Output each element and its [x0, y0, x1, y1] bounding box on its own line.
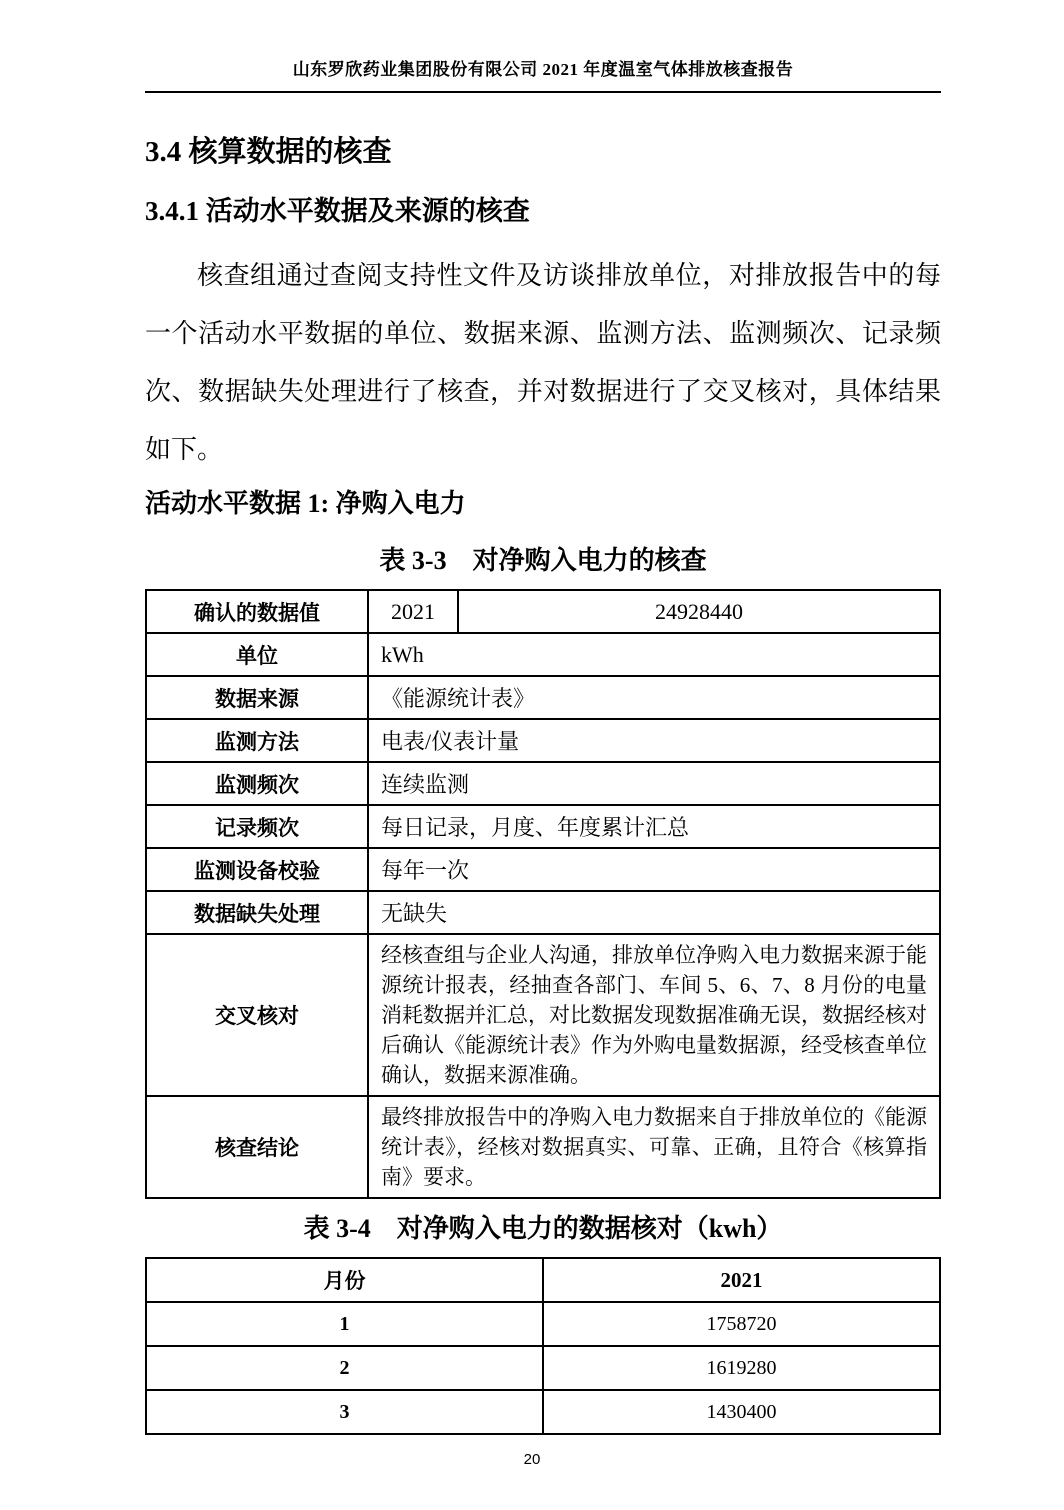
column-header-year: 2021 [543, 1258, 940, 1302]
row-value: 无缺失 [368, 891, 940, 934]
month-cell: 1 [146, 1302, 543, 1346]
value-cell: 24928440 [458, 590, 940, 633]
row-label: 监测频次 [146, 762, 368, 805]
section-heading-3-4: 3.4 核算数据的核查 [145, 135, 941, 169]
comparison-table: 月份 2021 1 1758720 2 1619280 3 1430400 [145, 1257, 941, 1435]
page-number: 20 [0, 1451, 1064, 1468]
document-page: 山东罗欣药业集团股份有限公司 2021 年度温室气体排放核查报告 3.4 核算数… [0, 0, 1064, 1510]
section-heading-3-4-1: 3.4.1 活动水平数据及来源的核查 [145, 195, 941, 227]
table-row: 1 1758720 [146, 1302, 940, 1346]
value-cell: 1758720 [543, 1302, 940, 1346]
table-row: 核查结论 最终排放报告中的净购入电力数据来自于排放单位的《能源统计表》，经核对数… [146, 1096, 940, 1198]
table-row: 数据缺失处理 无缺失 [146, 891, 940, 934]
table-3-3-caption-title: 对净购入电力的核查 [473, 546, 707, 575]
month-cell: 3 [146, 1390, 543, 1434]
row-label: 监测方法 [146, 719, 368, 762]
table-row: 监测方法 电表/仪表计量 [146, 719, 940, 762]
table-row: 确认的数据值 2021 24928440 [146, 590, 940, 633]
table-row: 2 1619280 [146, 1346, 940, 1390]
document-header-title: 山东罗欣药业集团股份有限公司 2021 年度温室气体排放核查报告 [293, 60, 794, 79]
row-label: 数据缺失处理 [146, 891, 368, 934]
row-label: 核查结论 [146, 1096, 368, 1198]
document-header: 山东罗欣药业集团股份有限公司 2021 年度温室气体排放核查报告 [145, 58, 941, 93]
paragraph-line: 一个活动水平数据的单位、数据来源、监测方法、监测频次、记录频 [145, 305, 941, 363]
table-3-4-caption-number: 表 3-4 [304, 1214, 371, 1243]
table-3-4-caption-title: 对净购入电力的数据核对（kwh） [397, 1214, 783, 1243]
table-row: 3 1430400 [146, 1390, 940, 1434]
value-cell: 1619280 [543, 1346, 940, 1390]
row-label: 确认的数据值 [146, 590, 368, 633]
row-value: 电表/仪表计量 [368, 719, 940, 762]
table-row: 记录频次 每日记录，月度、年度累计汇总 [146, 805, 940, 848]
table-header-row: 月份 2021 [146, 1258, 940, 1302]
table-row: 单位 kWh [146, 633, 940, 676]
row-label: 单位 [146, 633, 368, 676]
row-label: 记录频次 [146, 805, 368, 848]
table-row: 监测频次 连续监测 [146, 762, 940, 805]
table-3-4-caption: 表 3-4对净购入电力的数据核对（kwh） [145, 1213, 941, 1245]
year-cell: 2021 [368, 590, 458, 633]
row-value: 经核查组与企业人沟通，排放单位净购入电力数据来源于能源统计报表，经抽查各部门、车… [368, 934, 940, 1096]
verification-table: 确认的数据值 2021 24928440 单位 kWh 数据来源 《能源统计表》… [145, 589, 941, 1199]
table-row: 交叉核对 经核查组与企业人沟通，排放单位净购入电力数据来源于能源统计报表，经抽查… [146, 934, 940, 1096]
paragraph-line: 核查组通过查阅支持性文件及访谈排放单位，对排放报告中的每 [145, 247, 941, 305]
table-3-3-caption: 表 3-3对净购入电力的核查 [145, 545, 941, 577]
value-cell: 1430400 [543, 1390, 940, 1434]
row-value: kWh [368, 633, 940, 676]
row-value: 最终排放报告中的净购入电力数据来自于排放单位的《能源统计表》，经核对数据真实、可… [368, 1096, 940, 1198]
row-value: 连续监测 [368, 762, 940, 805]
body-paragraph: 核查组通过查阅支持性文件及访谈排放单位，对排放报告中的每 一个活动水平数据的单位… [145, 247, 941, 479]
column-header-month: 月份 [146, 1258, 543, 1302]
row-value: 每日记录，月度、年度累计汇总 [368, 805, 940, 848]
activity-data-heading: 活动水平数据 1: 净购入电力 [145, 489, 941, 519]
month-cell: 2 [146, 1346, 543, 1390]
table-row: 数据来源 《能源统计表》 [146, 676, 940, 719]
row-label: 交叉核对 [146, 934, 368, 1096]
table-3-3-caption-number: 表 3-3 [379, 546, 446, 575]
paragraph-line: 如下。 [145, 421, 941, 479]
row-value: 《能源统计表》 [368, 676, 940, 719]
paragraph-line: 次、数据缺失处理进行了核查，并对数据进行了交叉核对，具体结果 [145, 363, 941, 421]
table-row: 监测设备校验 每年一次 [146, 848, 940, 891]
row-label: 数据来源 [146, 676, 368, 719]
row-value: 每年一次 [368, 848, 940, 891]
row-label: 监测设备校验 [146, 848, 368, 891]
